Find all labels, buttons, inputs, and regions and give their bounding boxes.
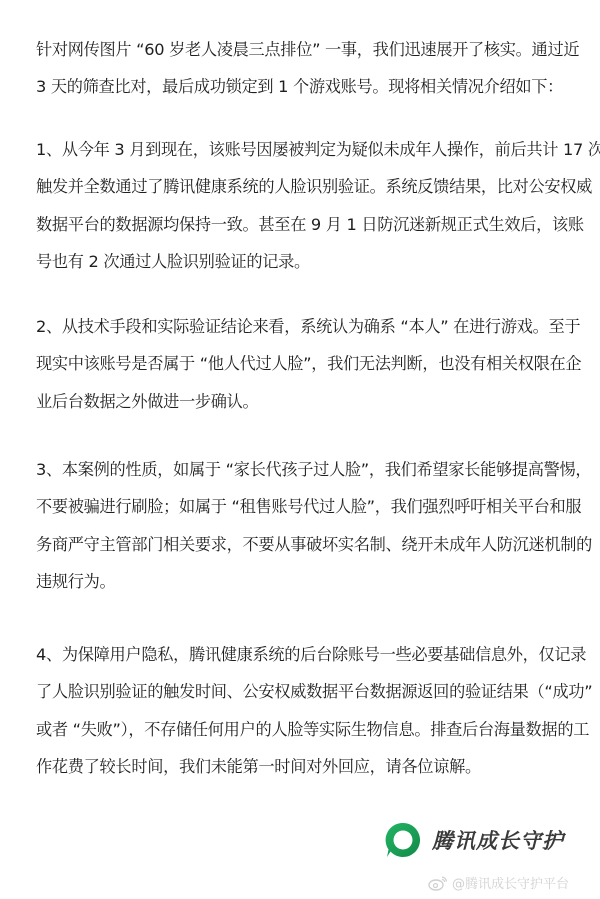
point-3-line: 3、本案例的性质，如属于 “家长代孩子过人脸”，我们希望家长能够提高警惕， (36, 460, 591, 480)
point-3-line: 不要被骗进行刷脸；如属于 “租售账号代过人脸”，我们强烈呼吁相关平台和服 (36, 497, 581, 517)
point-1-line: 触发并全数通过了腾讯健康系统的人脸识别验证。系统反馈结果，比对公安权威 (36, 177, 592, 197)
point-3-line: 务商严守主管部门相关要求，不要从事破坏实名制、绕开未成年人防沉迷机制的 (36, 535, 592, 555)
point-2-line: 2、从技术手段和实际验证结论来看，系统认为确系 “本人” 在进行游戏。至于 (36, 317, 580, 337)
point-4-line: 作花费了较长时间，我们未能第一时间对外回应，请各位谅解。 (36, 757, 481, 777)
point-3-line: 违规行为。 (36, 572, 115, 592)
point-2-line: 现实中该账号是否属于 “他人代过人脸”，我们无法判断，也没有相关权限在企 (36, 354, 581, 374)
point-4-line: 了人脸识别验证的触发时间、公安权威数据平台数据源返回的验证结果（“成功” (36, 682, 592, 702)
point-1-line: 1、从今年 3 月到现在，该账号因屡被判定为疑似未成年人操作，前后共计 17 次 (36, 140, 600, 160)
weibo-watermark: @腾讯成长守护平台 (428, 873, 569, 892)
weibo-icon (428, 875, 448, 891)
point-1-line: 数据平台的数据源均保持一致。甚至在 9 月 1 日防沉迷新规正式生效后，该账 (36, 215, 584, 235)
green-speech-ring-icon (384, 821, 422, 859)
intro-line: 针对网传图片 “60 岁老人凌晨三点排位” 一事，我们迅速展开了核实。通过近 (36, 40, 579, 60)
point-1-line: 号也有 2 次通过人脸识别验证的记录。 (36, 252, 310, 272)
intro-line: 3 天的筛查比对，最后成功锁定到 1 个游戏账号。现将相关情况介绍如下： (36, 77, 563, 97)
point-4-line: 4、为保障用户隐私，腾讯健康系统的后台除账号一些必要基础信息外，仅记录 (36, 645, 586, 665)
watermark-text: @腾讯成长守护平台 (452, 873, 569, 892)
point-2-line: 业后台数据之外做进一步确认。 (36, 392, 258, 412)
point-4-line: 或者 “失败”），不存储任何用户的人脸等实际生物信息。排查后台海量数据的工 (36, 720, 589, 740)
logo-text: 腾讯成长守护 (432, 825, 564, 855)
tencent-growth-guard-logo: 腾讯成长守护 (384, 818, 564, 862)
